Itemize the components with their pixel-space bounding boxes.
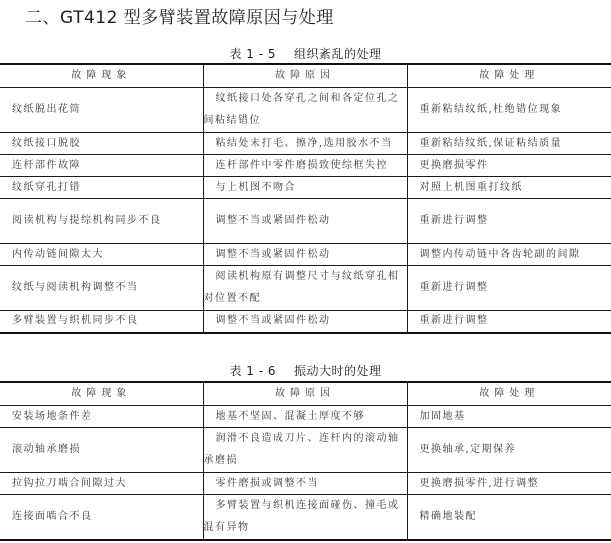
cell-remedy: 更换轴承,定期保养: [407, 428, 611, 473]
fault-table-1-6: 故障现象 故障原因 故障处理 安装场地条件差地基不坚固、混凝土厚度不够加固地基滚…: [0, 381, 611, 541]
cell-phenomenon: 滚动轴承磨损: [0, 428, 203, 473]
cell-cause: 地基不坚固、混凝土厚度不够: [203, 406, 407, 428]
table-row: 纹纸穿孔打错与上机图不吻合对照上机图重打纹纸: [0, 177, 611, 199]
table-row: 拉钩拉刀啮合间隙过大零件磨损或调整不当更换磨损零件,进行调整: [0, 473, 611, 495]
table-header-row: 故障现象 故障原因 故障处理: [0, 382, 611, 406]
cell-remedy: 重新进行调整: [407, 199, 611, 244]
table-row: 纹纸与阅读机构调整不当阅读机构原有调整尺寸与纹纸穿孔相对位置不配重新进行调整: [0, 266, 611, 311]
cell-phenomenon: 连接面啮合不良: [0, 495, 203, 541]
header-cause: 故障原因: [203, 382, 407, 406]
cell-remedy: 重新进行调整: [407, 266, 611, 311]
table-title: 振动大时的处理: [294, 364, 382, 378]
table-row: 纹纸接口脱胶粘结处未打毛、擦净,选用胶水不当重新粘结纹纸,保证粘结质量: [0, 133, 611, 155]
table-header-row: 故障现象 故障原因 故障处理: [0, 64, 611, 88]
table-body: 安装场地条件差地基不坚固、混凝土厚度不够加固地基滚动轴承磨损润滑不良造成刀片、连…: [0, 406, 611, 541]
cell-cause: 调整不当或紧固件松动: [203, 244, 407, 266]
cell-phenomenon: 纹纸脱出花筒: [0, 88, 203, 133]
cell-remedy: 加固地基: [407, 406, 611, 428]
cell-cause: 零件磨损或调整不当: [203, 473, 407, 495]
table-row: 安装场地条件差地基不坚固、混凝土厚度不够加固地基: [0, 406, 611, 428]
cell-phenomenon: 连杆部件故障: [0, 155, 203, 177]
cell-phenomenon: 安装场地条件差: [0, 406, 203, 428]
table-row: 阅读机构与提综机构同步不良调整不当或紧固件松动重新进行调整: [0, 199, 611, 244]
cell-cause: 粘结处未打毛、擦净,选用胶水不当: [203, 133, 407, 155]
table-row: 连杆部件故障连杆部件中零件磨损致使综框失控更换磨损零件: [0, 155, 611, 177]
cell-remedy: 重新粘结纹纸,杜绝错位现象: [407, 88, 611, 133]
cell-phenomenon: 纹纸穿孔打错: [0, 177, 203, 199]
cell-phenomenon: 内传动链间隙太大: [0, 244, 203, 266]
table-title: 组织紊乱的处理: [294, 47, 382, 61]
cell-cause: 调整不当或紧固件松动: [203, 311, 407, 333]
cell-phenomenon: 纹纸接口脱胶: [0, 133, 203, 155]
table-row: 纹纸脱出花筒纹纸接口处各穿孔之间和各定位孔之间粘结错位重新粘结纹纸,杜绝错位现象: [0, 88, 611, 133]
table-body: 纹纸脱出花筒纹纸接口处各穿孔之间和各定位孔之间粘结错位重新粘结纹纸,杜绝错位现象…: [0, 88, 611, 333]
table-row: 滚动轴承磨损润滑不良造成刀片、连杆内的滚动轴承磨损更换轴承,定期保养: [0, 428, 611, 473]
table-number: 表 1 - 5: [229, 47, 276, 61]
cell-cause: 多臂装置与织机连接面碰伤、撞毛或混有异物: [203, 495, 407, 541]
fault-table-1-5: 故障现象 故障原因 故障处理 纹纸脱出花筒纹纸接口处各穿孔之间和各定位孔之间粘结…: [0, 63, 611, 334]
cell-phenomenon: 纹纸与阅读机构调整不当: [0, 266, 203, 311]
table-row: 连接面啮合不良多臂装置与织机连接面碰伤、撞毛或混有异物精确地装配: [0, 495, 611, 541]
table-number: 表 1 - 6: [229, 364, 276, 378]
cell-remedy: 对照上机图重打纹纸: [407, 177, 611, 199]
cell-cause: 连杆部件中零件磨损致使综框失控: [203, 155, 407, 177]
cell-cause: 阅读机构原有调整尺寸与纹纸穿孔相对位置不配: [203, 266, 407, 311]
header-remedy: 故障处理: [407, 382, 611, 406]
cell-remedy: 更换磨损零件,进行调整: [407, 473, 611, 495]
cell-remedy: 调整内传动链中各齿轮副的间隙: [407, 244, 611, 266]
header-cause: 故障原因: [203, 64, 407, 88]
cell-remedy: 重新粘结纹纸,保证粘结质量: [407, 133, 611, 155]
cell-remedy: 重新进行调整: [407, 311, 611, 333]
cell-remedy: 精确地装配: [407, 495, 611, 541]
header-phenomenon: 故障现象: [0, 64, 203, 88]
cell-phenomenon: 多臂装置与织机同步不良: [0, 311, 203, 333]
cell-cause: 调整不当或紧固件松动: [203, 199, 407, 244]
table-row: 多臂装置与织机同步不良调整不当或紧固件松动重新进行调整: [0, 311, 611, 333]
table-caption-1-5: 表 1 - 5组织紊乱的处理: [0, 45, 611, 62]
cell-phenomenon: 拉钩拉刀啮合间隙过大: [0, 473, 203, 495]
header-phenomenon: 故障现象: [0, 382, 203, 406]
header-remedy: 故障处理: [407, 64, 611, 88]
table-row: 内传动链间隙太大调整不当或紧固件松动调整内传动链中各齿轮副的间隙: [0, 244, 611, 266]
section-heading: 二、GT412 型多臂装置故障原因与处理: [25, 3, 334, 28]
table-caption-1-6: 表 1 - 6振动大时的处理: [0, 362, 611, 379]
cell-phenomenon: 阅读机构与提综机构同步不良: [0, 199, 203, 244]
cell-cause: 纹纸接口处各穿孔之间和各定位孔之间粘结错位: [203, 88, 407, 133]
cell-cause: 润滑不良造成刀片、连杆内的滚动轴承磨损: [203, 428, 407, 473]
cell-cause: 与上机图不吻合: [203, 177, 407, 199]
cell-remedy: 更换磨损零件: [407, 155, 611, 177]
